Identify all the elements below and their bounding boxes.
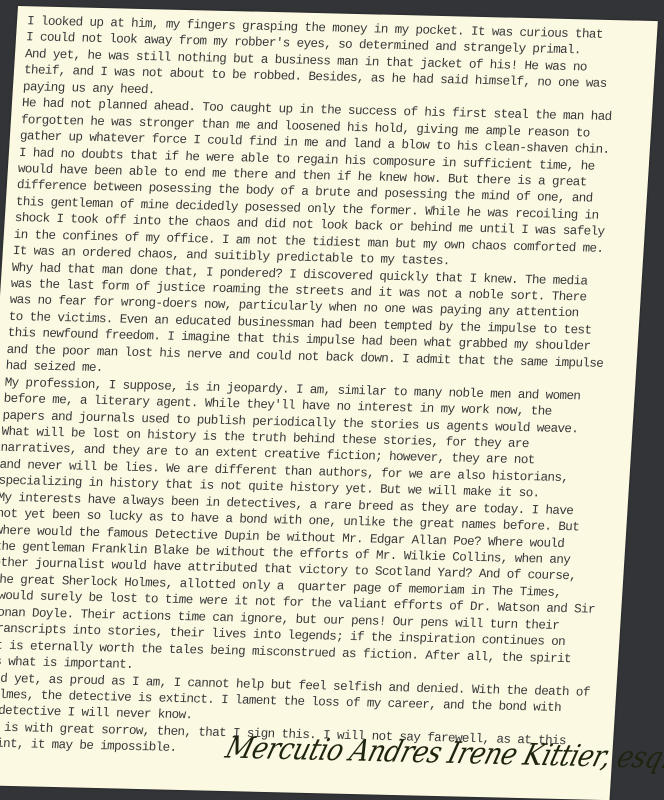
letter-page: I looked up at him, my fingers grasping … [0,6,658,800]
letter-body: I looked up at him, my fingers grasping … [0,13,657,767]
